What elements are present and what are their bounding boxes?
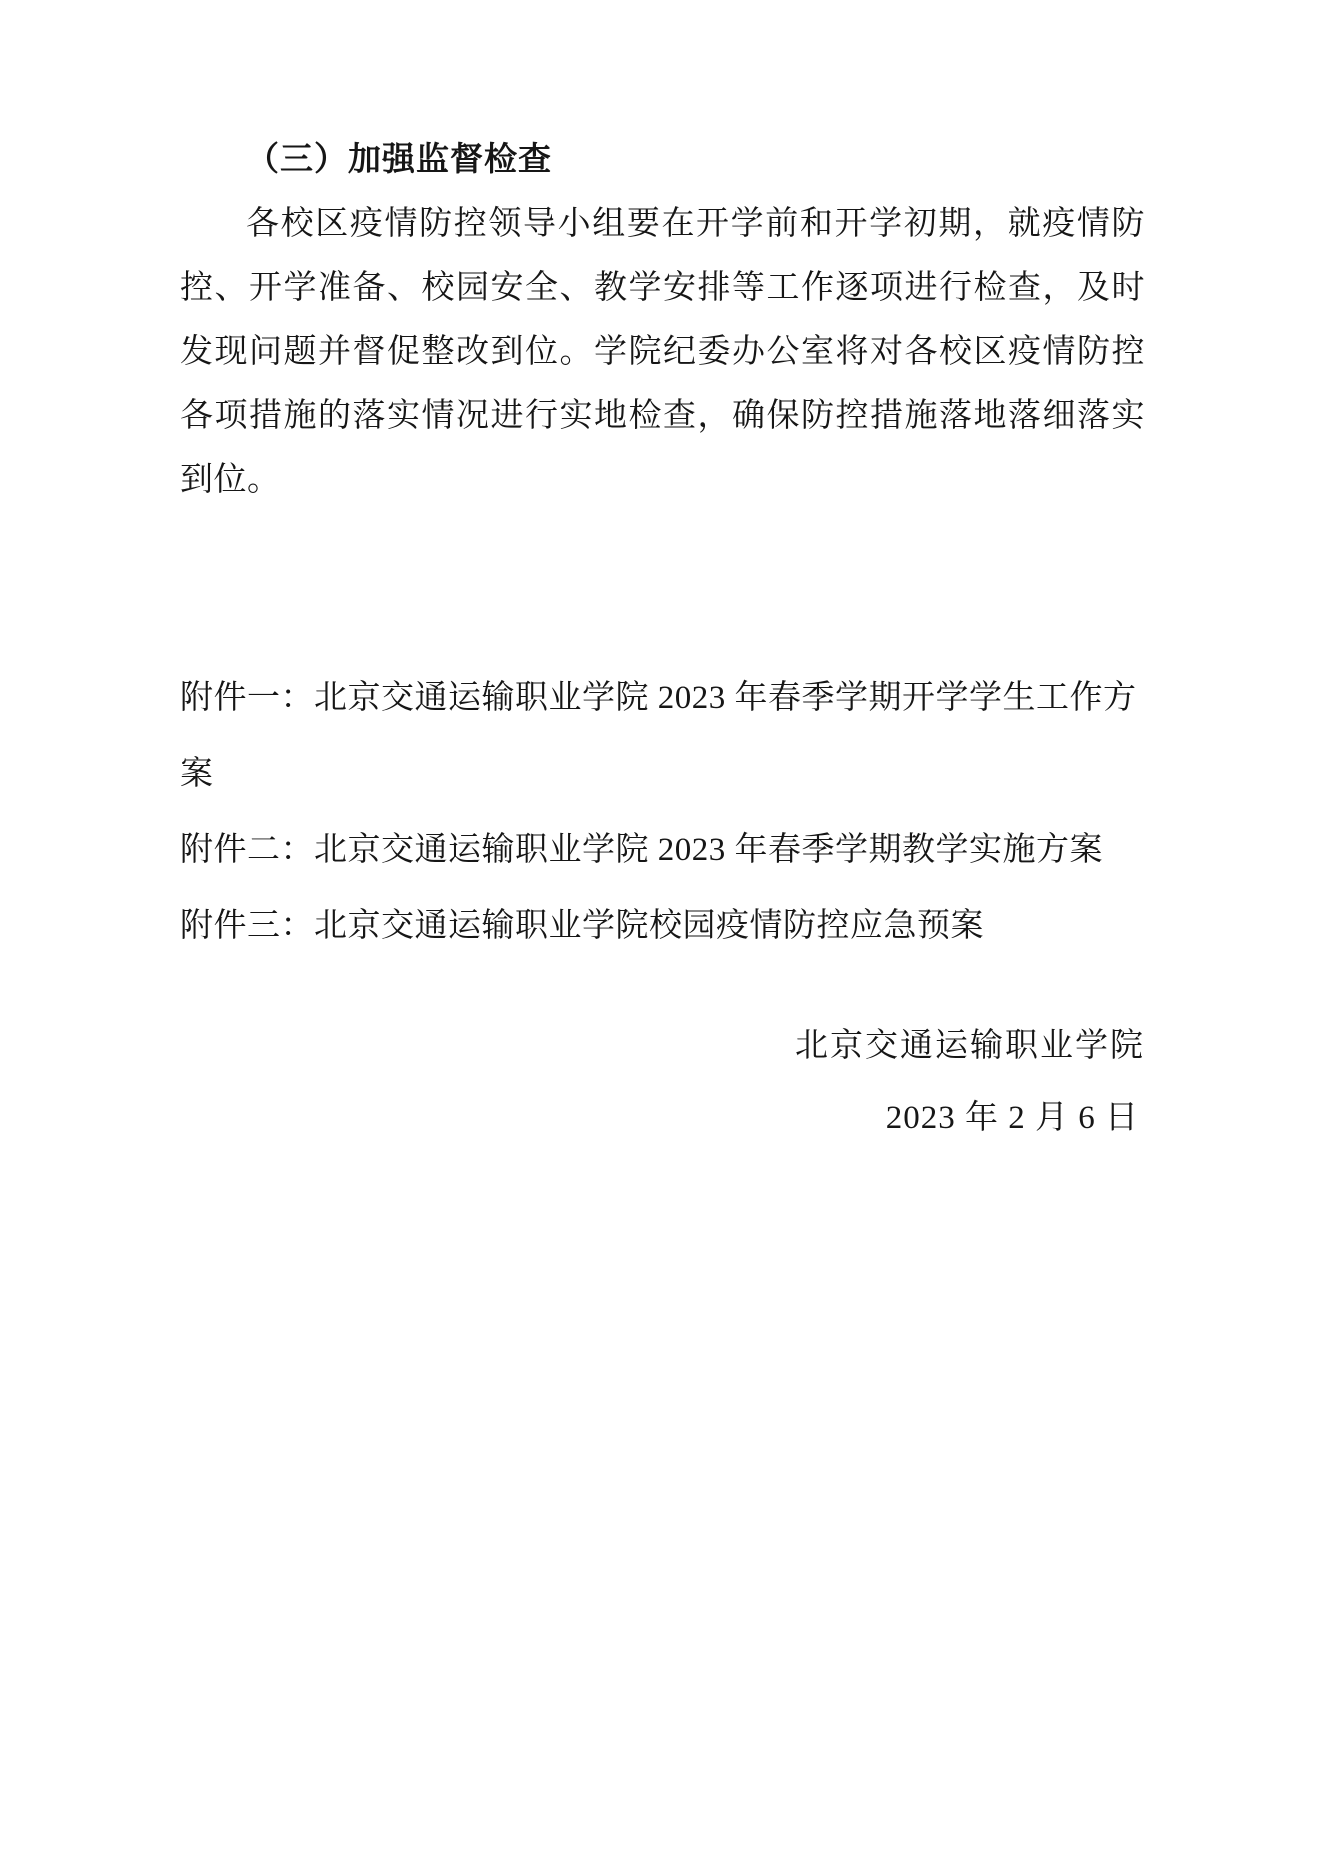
body-paragraph: 各校区疫情防控领导小组要在开学前和开学初期，就疫情防控、开学准备、校园安全、教学… — [180, 192, 1145, 512]
attachment-list: 附件一：北京交通运输职业学院 2023 年春季学期开学学生工作方案 附件二：北京… — [180, 660, 1145, 964]
section-heading: （三）加强监督检查 — [180, 128, 1145, 192]
signature-org-name: 北京交通运输职业学院 — [180, 1010, 1145, 1082]
document-page: （三）加强监督检查 各校区疫情防控领导小组要在开学前和开学初期，就疫情防控、开学… — [0, 0, 1323, 1871]
attachment-line-1: 附件一：北京交通运输职业学院 2023 年春季学期开学学生工作方案 — [180, 660, 1145, 812]
signature-date: 2023 年 2 月 6 日 — [180, 1082, 1145, 1154]
signature-block: 北京交通运输职业学院 2023 年 2 月 6 日 — [180, 1010, 1145, 1154]
attachment-line-3: 附件三：北京交通运输职业学院校园疫情防控应急预案 — [180, 888, 1145, 964]
attachment-line-2: 附件二：北京交通运输职业学院 2023 年春季学期教学实施方案 — [180, 812, 1145, 888]
